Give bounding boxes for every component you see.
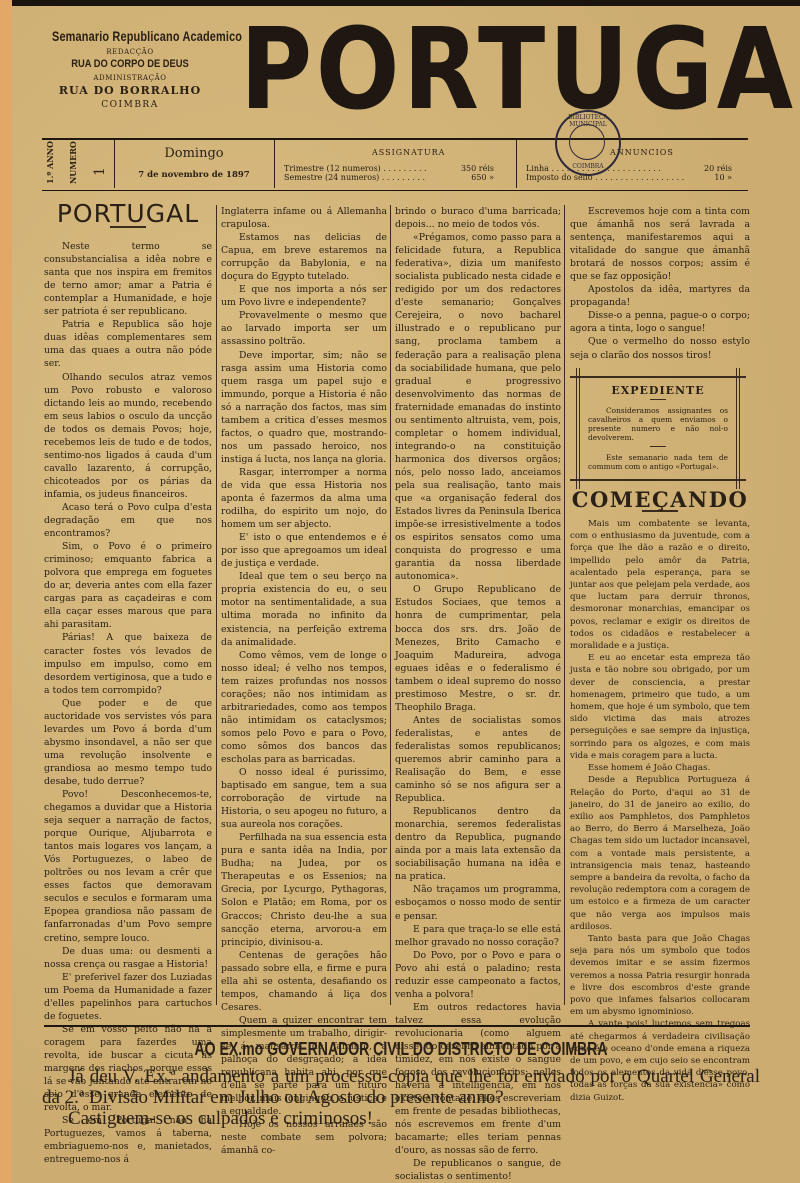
administracao-address: RUA DO BORRALHO <box>30 84 230 97</box>
masthead-city: COIMBRA <box>30 100 230 110</box>
article-paragraph: Não traçamos um programma, esboçamos o n… <box>395 883 561 922</box>
assignatura-header: ASSIGNATURA <box>372 148 445 157</box>
article-paragraph: De duas uma: ou desmenti a nossa crença … <box>44 945 212 971</box>
masthead-subtitle: Semanario Republicano Academico <box>52 28 208 44</box>
notice-demand: Castiguem-se os culpados e criminosos! <box>42 1108 760 1129</box>
stamp-inner-ring <box>569 124 605 160</box>
article-paragraph: E' preferivel fazer dos Luziadas um Poem… <box>44 971 212 1023</box>
article-paragraph: Deve importar, sim; não se rasga assim u… <box>221 349 387 466</box>
article-paragraph: Acaso terá o Povo culpa d'esta degradaçã… <box>44 501 212 540</box>
expediente-title: EXPEDIENTE <box>588 386 728 395</box>
page-edge <box>0 0 12 1183</box>
article-paragraph: Párias! A que baixeza de caracter fostes… <box>44 631 212 696</box>
article-column-4: Escrevemos hoje com a tinta com que áman… <box>570 205 750 1104</box>
article-paragraph: Como vêmos, vem de longe o nosso ideal; … <box>221 649 387 766</box>
article-paragraph: O nosso ideal é purissimo, baptisado em … <box>221 766 387 831</box>
article-paragraph: Que poder e de que auctoridade vos servi… <box>44 697 212 788</box>
article-paragraph: E eu ao encetar esta empreza tão justa e… <box>570 652 750 762</box>
expediente-text-1: Consideramos assignantes os cavalheiros … <box>588 406 728 443</box>
article-paragraph: Olhando seculos atraz vemos um Povo robu… <box>44 371 212 501</box>
article-paragraph: Que o vermelho do nosso estylo seja o cl… <box>570 335 750 361</box>
notice-question: Já deu V. Ex.ª andamento a um processo-c… <box>42 1066 760 1108</box>
article-paragraph: Rasgar, interromper a norma de vida que … <box>221 466 387 531</box>
column-divider <box>216 205 217 1005</box>
article-paragraph: Povo! Desconhecemos-te, chegamos a duvid… <box>44 788 212 945</box>
expediente-text-2: Este semanario nada tem de commum com o … <box>588 453 728 471</box>
article-headline: PORTUGAL <box>44 207 212 220</box>
article-paragraph: De republicanos o sangue, de socialistas… <box>395 1157 561 1183</box>
article-paragraph: Patria e Republica são hoje duas idêas c… <box>44 318 212 370</box>
column-4-text: Escrevemos hoje com a tinta com que áman… <box>570 205 750 362</box>
article-paragraph: Estamos nas delicias de Capua, em breve … <box>221 231 387 283</box>
issue-number: 1 <box>92 167 108 176</box>
comecando-text: Mais um combatente se levanta, com o ent… <box>570 518 750 1104</box>
article-paragraph: Inglaterra infame ou á Allemanha crapulo… <box>221 205 387 231</box>
expediente-box: EXPEDIENTE Consideramos assignantes os c… <box>570 376 746 481</box>
article-paragraph: Do Povo, por o Povo e para o Povo ahi es… <box>395 949 561 1001</box>
library-stamp: BIBLIOTECA MUNICIPAL COIMBRA <box>555 110 621 176</box>
article-paragraph: brindo o buraco d'uma barricada; depois.… <box>395 205 561 231</box>
article-paragraph: «Prégamos, como passo para a felicidade … <box>395 231 561 583</box>
comecando-headline: COMEÇANDO <box>570 493 750 506</box>
article-paragraph: Mais um combatente se levanta, com o ent… <box>570 518 750 652</box>
divider <box>516 140 517 188</box>
issue-date: 7 de novembro de 1897 <box>114 170 274 180</box>
anno-label: 1.º ANNO <box>45 141 55 184</box>
redaccao-label: REDACÇÃO <box>30 48 230 56</box>
article-paragraph: E' isto o que entendemos e é por isso qu… <box>221 531 387 570</box>
issue-day: Domingo <box>114 146 274 161</box>
article-paragraph: Esse homem é João Chagas. <box>570 762 750 774</box>
article-paragraph: Ideal que tem o seu berço na propria exi… <box>221 570 387 648</box>
notice-title: AO EX.mo GOVERNADOR CIVIL DO DISTRICTO D… <box>121 1039 681 1060</box>
article-paragraph: E para que traça-lo se elle está melhor … <box>395 923 561 949</box>
issue-info-strip: 1.º ANNO NUMERO 1 Domingo 7 de novembro … <box>42 140 748 188</box>
article-paragraph: Tanto basta para que João Chagas seja pa… <box>570 933 750 1018</box>
article-paragraph: O Grupo Republicano de Estudos Sociaes, … <box>395 583 561 713</box>
column-divider <box>564 205 565 1005</box>
redaccao-address: RUA DO CORPO DE DEUS <box>45 58 215 70</box>
article-paragraph: E que nos importa a nós ser um Povo livr… <box>221 283 387 309</box>
article-paragraph: Provavelmente o mesmo que ao larvado imp… <box>221 309 387 348</box>
article-column-1: PORTUGAL Neste termo se consubstancialis… <box>44 205 212 1166</box>
article-paragraph: Republicanos dentro da monarchia, seremo… <box>395 805 561 883</box>
article-paragraph: Desde a Republica Portugueza á Relação d… <box>570 774 750 933</box>
masthead-info: Semanario Republicano Academico REDACÇÃO… <box>30 28 230 110</box>
numero-label: NUMERO <box>68 141 78 184</box>
administracao-label: ADMINISTRAÇÃO <box>30 74 230 82</box>
annuncios-row-2: Imposto do sello . . . . . . . . . . . .… <box>526 173 732 182</box>
article-paragraph: Apostolos da idêa, martyres da propagand… <box>570 283 750 309</box>
notice-body: Já deu V. Ex.ª andamento a um processo-c… <box>42 1066 760 1129</box>
ornament-rule <box>650 446 666 447</box>
newspaper-title: PORTUGAL <box>240 14 689 126</box>
column-2-text: Inglaterra infame ou á Allemanha crapulo… <box>221 205 387 1157</box>
article-paragraph: Sim, o Povo é o primeiro criminoso; emqu… <box>44 540 212 631</box>
strip-rule <box>42 190 748 191</box>
column-divider <box>390 205 391 1005</box>
article-column-2: Inglaterra infame ou á Allemanha crapulo… <box>221 205 387 1157</box>
article-paragraph: Antes de socialistas somos federalistas,… <box>395 714 561 805</box>
divider <box>274 140 275 188</box>
assignatura-row-1: Trimestre (12 numeros) . . . . . . . . .… <box>284 164 494 173</box>
article-paragraph: Escrevemos hoje com a tinta com que áman… <box>570 205 750 283</box>
article-paragraph: Disse-o a penna, pague-o o corpo; agora … <box>570 309 750 335</box>
article-paragraph: Neste termo se consubstancialisa a idêa … <box>44 240 212 318</box>
ornament-rule <box>650 399 666 400</box>
article-paragraph: Centenas de gerações hão passado sobre e… <box>221 949 387 1014</box>
article-paragraph: Perfilhada na sua essencia esta pura e s… <box>221 831 387 948</box>
assignatura-row-2: Semestre (24 numeros) . . . . . . . . . … <box>284 173 494 182</box>
governor-notice: AO EX.mo GOVERNADOR CIVIL DO DISTRICTO D… <box>42 1025 760 1129</box>
